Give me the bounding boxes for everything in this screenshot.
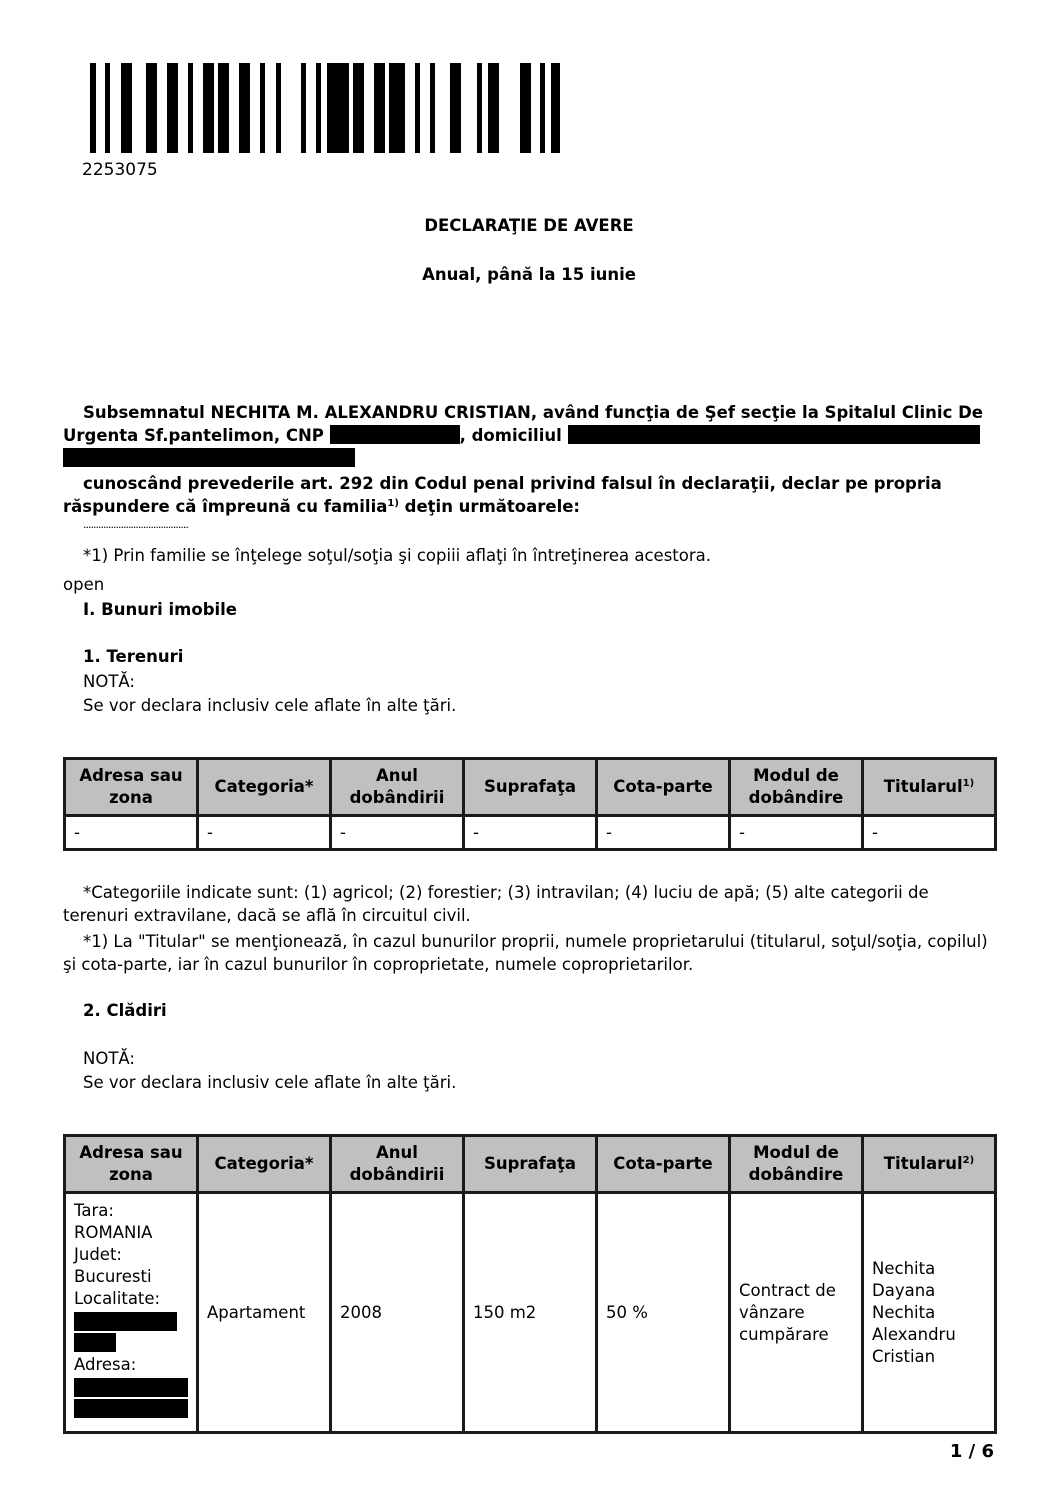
page-number: 1 / 6 xyxy=(950,1441,994,1462)
barcode-icon xyxy=(90,63,560,153)
table-cell: - xyxy=(464,816,597,850)
categories-note: *Categoriile indicate sunt: (1) agricol;… xyxy=(63,881,998,927)
terenuri-note-text: Se vor declara inclusiv cele aflate în a… xyxy=(83,694,456,717)
open-label: open xyxy=(63,573,104,596)
redacted-address-2 xyxy=(63,448,355,467)
titular-note-text: *1) La "Titular" se menţionează, în cazu… xyxy=(63,932,988,974)
declaration-intro: Subsemnatul NECHITA M. ALEXANDRU CRISTIA… xyxy=(63,401,993,470)
column-header: Adresa sau zona xyxy=(65,759,198,816)
column-header: Suprafaţa xyxy=(464,1136,597,1193)
column-header: Modul de dobândire xyxy=(730,1136,863,1193)
redacted-localitate-1 xyxy=(74,1312,177,1331)
tara-label: Tara: xyxy=(74,1200,188,1222)
table-row: Tara: ROMANIA Judet: Bucuresti Localitat… xyxy=(65,1193,996,1433)
footnote-ref: 1) xyxy=(963,778,975,789)
column-header: Anul dobândirii xyxy=(331,1136,464,1193)
modul-cell: Contract de vânzare cumpărare xyxy=(730,1193,863,1433)
cladiri-note-label: NOTĂ: xyxy=(83,1047,135,1070)
column-header: Cota-parte xyxy=(597,759,730,816)
judet-label: Judet: xyxy=(74,1244,188,1266)
judet-value: Bucuresti xyxy=(74,1266,188,1288)
column-header: Modul de dobândire xyxy=(730,759,863,816)
table-cell: - xyxy=(331,816,464,850)
table-header-row: Adresa sau zona Categoria* Anul dobândir… xyxy=(65,1136,996,1193)
titular-label: Titularul xyxy=(884,777,963,796)
column-header: Suprafaţa xyxy=(464,759,597,816)
titular-note: *1) La "Titular" se menţionează, în cazu… xyxy=(63,930,998,976)
subsection-title-cladiri: 2. Clădiri xyxy=(83,999,167,1022)
cladiri-table: Adresa sau zona Categoria* Anul dobândir… xyxy=(63,1134,997,1434)
subsection-title-terenuri: 1. Terenuri xyxy=(83,645,183,668)
redacted-adresa-2 xyxy=(74,1399,188,1418)
column-header: Categoria* xyxy=(198,1136,331,1193)
column-header: Anul dobândirii xyxy=(331,759,464,816)
table-row: - - - - - - - xyxy=(65,816,996,850)
redacted-cnp xyxy=(330,425,460,444)
localitate-label: Localitate: xyxy=(74,1288,188,1310)
table-header-row: Adresa sau zona Categoria* Anul dobândir… xyxy=(65,759,996,816)
footnote-ref: 1) xyxy=(387,498,399,509)
titular-cell: Nechita Dayana Nechita Alexandru Cristia… xyxy=(863,1193,996,1433)
dotted-line: ........................................… xyxy=(83,518,188,532)
categoria-cell: Apartament xyxy=(198,1193,331,1433)
column-header: Cota-parte xyxy=(597,1136,730,1193)
adresa-label: Adresa: xyxy=(74,1354,188,1376)
redacted-localitate-2 xyxy=(74,1333,116,1352)
column-header-titular: Titularul1) xyxy=(863,759,996,816)
declaration-statement: cunoscând prevederile art. 292 din Codul… xyxy=(63,472,993,518)
family-footnote: *1) Prin familie se înţelege soţul/soţia… xyxy=(83,544,711,567)
terenuri-note-label: NOTĂ: xyxy=(83,670,135,693)
column-header: Adresa sau zona xyxy=(65,1136,198,1193)
document-title: DECLARAŢIE DE AVERE xyxy=(0,216,1058,235)
address-cell: Tara: ROMANIA Judet: Bucuresti Localitat… xyxy=(65,1193,198,1433)
table-cell: - xyxy=(597,816,730,850)
barcode-number: 2253075 xyxy=(82,160,158,180)
declaration-text-4: deţin următoarele: xyxy=(399,497,580,516)
footnote-ref: 2) xyxy=(963,1155,975,1166)
declaration-text-2: , domiciliul xyxy=(460,426,562,445)
suprafata-cell: 150 m2 xyxy=(464,1193,597,1433)
section-title-bunuri-imobile: I. Bunuri imobile xyxy=(83,598,237,621)
anul-cell: 2008 xyxy=(331,1193,464,1433)
table-cell: - xyxy=(730,816,863,850)
cota-cell: 50 % xyxy=(597,1193,730,1433)
cladiri-note-text: Se vor declara inclusiv cele aflate în a… xyxy=(83,1071,456,1094)
table-cell: - xyxy=(198,816,331,850)
titular-label: Titularul xyxy=(884,1154,963,1173)
redacted-address-1 xyxy=(568,425,980,444)
table-cell: - xyxy=(65,816,198,850)
column-header: Categoria* xyxy=(198,759,331,816)
column-header-titular: Titularul2) xyxy=(863,1136,996,1193)
table-cell: - xyxy=(863,816,996,850)
terenuri-table: Adresa sau zona Categoria* Anul dobândir… xyxy=(63,757,997,851)
tara-value: ROMANIA xyxy=(74,1222,188,1244)
redacted-adresa-1 xyxy=(74,1378,188,1397)
document-subtitle: Anual, până la 15 iunie xyxy=(0,265,1058,284)
categories-note-text: *Categoriile indicate sunt: (1) agricol;… xyxy=(63,883,929,925)
